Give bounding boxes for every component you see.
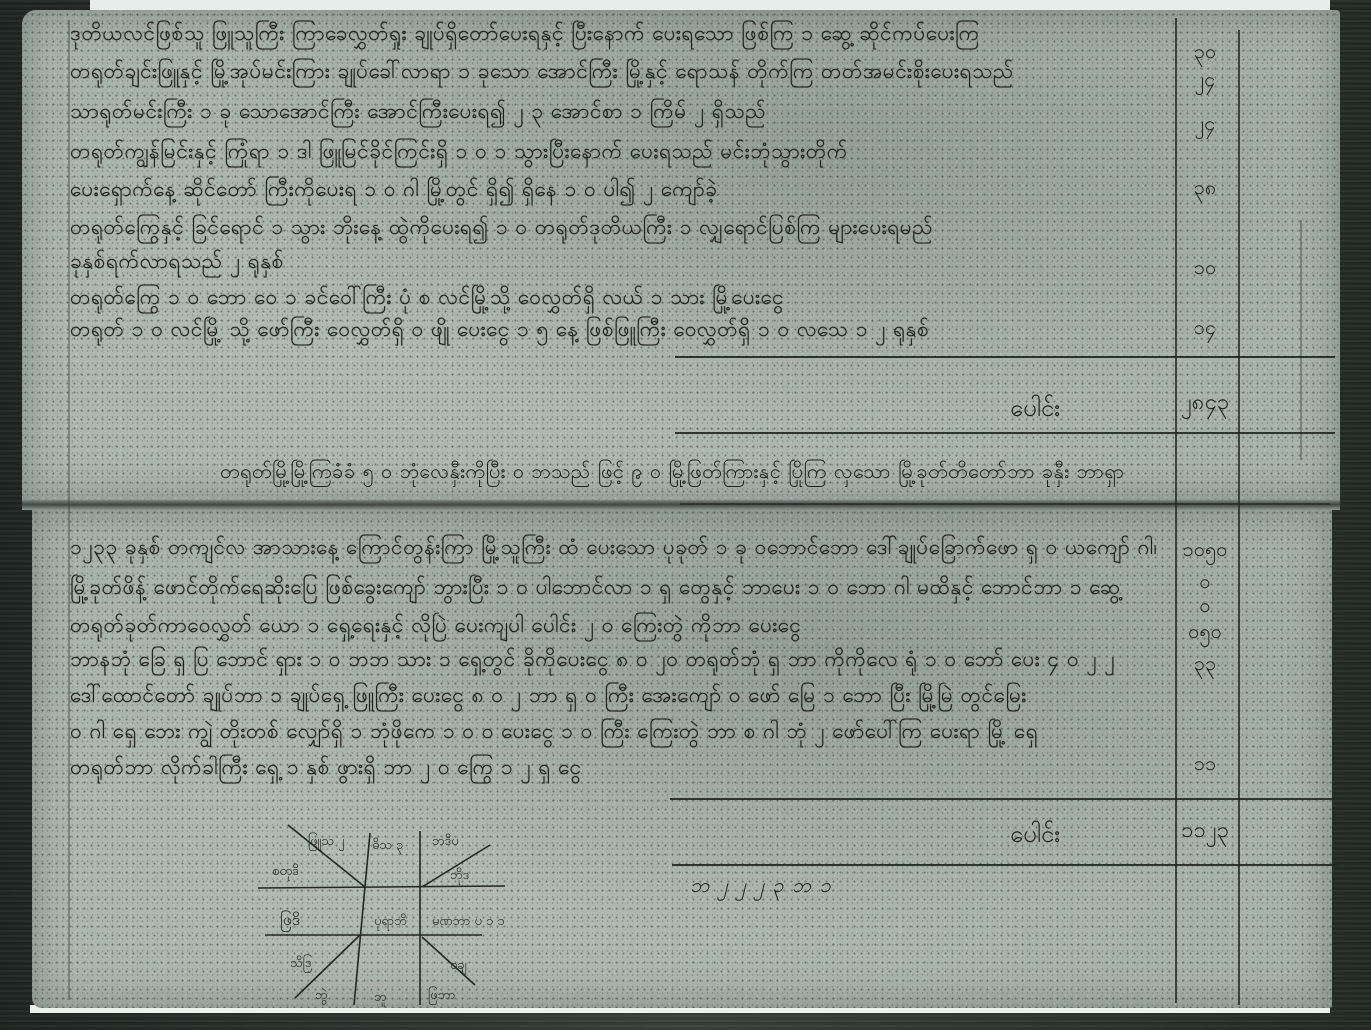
grid-cell-bottom-center: ဘူ (374, 989, 387, 1008)
lower-total-bottom-rule (672, 864, 1337, 866)
heading-underline (680, 503, 1330, 505)
upper-total-label: ပေါင်း (1010, 392, 1060, 428)
upper-line-5: ပေးရှောက်နေ့ ဆိုင်တော် ကြီးကိုပေးရ ၁ ဝ ဂ… (70, 174, 718, 204)
signature: ဘ ၂ ၂ ၂ ၃ ဘ ၁ (690, 872, 832, 902)
lower-total-value: ၁၁၂၃ (1180, 820, 1230, 842)
upper-total-top-rule (675, 356, 1335, 358)
upper-margin-number-3: ၂၄ (1180, 112, 1230, 134)
lower-margin-number-4: ၀၅၀ (1180, 620, 1230, 642)
upper-margin-number-6: ၁၄ (1180, 316, 1230, 338)
right-margin-faint-rule (1300, 220, 1302, 460)
upper-margin-number-1: ၃၀ (1180, 40, 1230, 62)
upper-line-7: ခုနှစ်ရက်လာရသည် ၂ ရုနှစ် (70, 246, 284, 276)
lower-line-6: ဝ ဂါ ရှေ ဘေး ကျွဲ တိုးတစ် လျှော်ရှိ ၁ ဘု… (70, 716, 1038, 746)
grid-cell-top-left-lower: စတုဒိ (272, 863, 299, 882)
grid-cell-top-center: ဓိသ ၃ (372, 837, 403, 856)
grid-cell-bottom-right-lower: ဖြဘာ (428, 987, 455, 1006)
lower-margin-number-2: ၀ (1180, 570, 1230, 592)
grid-cell-middle-right: မဏဘာ ပ ၁ ၁ (432, 913, 505, 932)
upper-line-8: တရုတ်ကြွေ ၁ ဝ ဘော ဝေ ၁ ခင်ဝေါ်ကြီး ပုံ စ… (70, 282, 784, 312)
upper-line-4: တရုတ်ကျွန်မြင်းနှင့် ကြုံရာ ၁ ဒါ ဖြူမြင်… (70, 136, 848, 166)
upper-margin-number-5: ၁၀ (1180, 256, 1230, 278)
upper-line-6: တရုတ်ကြွေနှင့် ခြင်ရောင် ၁ သွား ဘိုးနေ့ … (70, 212, 933, 242)
lower-line-4: ဘာနဘုံ ခြေ ရှ ပြ ဘောင် ရှား ၁ ဝ ဘဘ သား ၁… (70, 644, 1115, 674)
direction-grid-diagram: ဖြူသ ၂ စတုဒိ ဓိသ ၃ ဘဒိပ ဘိုဒ ဖြဒိ ပုရာဘိ… (250, 815, 530, 1015)
fold-crease (22, 500, 1340, 510)
lower-line-7: တရုတ်ဘာ လိုက်ခါကြီး ရှေ့ ၁ နှစ် ဖွားရှိ … (70, 752, 582, 782)
upper-margin-number-2: ၂၄ (1180, 68, 1230, 90)
number-column-right-rule (1238, 30, 1240, 1005)
upper-line-3: သာရုတ်မင်းကြီး ၁ ခု သောအောင်ကြီး အောင်ကြ… (70, 96, 766, 126)
grid-cell-center: ပုရာဘိ (374, 913, 407, 932)
lower-margin-number-3: ၀ (1180, 594, 1230, 616)
lower-line-3: တရုတ်ခုတ်ကာဝေလွှတ် ယော ၁ ရှေ့ရေးနှင့် လိ… (70, 610, 801, 640)
grid-cell-top-right-upper: ဘဒိပ (432, 833, 459, 852)
lower-total-top-rule (670, 798, 1335, 800)
grid-cell-middle-left: ဖြဒိ (280, 909, 300, 933)
grid-cell-bottom-left-upper: သိဒြ (290, 955, 312, 974)
lower-margin-number-5: ၃၃ (1180, 652, 1230, 674)
lower-total-label: ပေါင်း (1010, 818, 1060, 854)
upper-total-value: ၂၈၄၃ (1180, 392, 1230, 414)
upper-line-1: ဒုတိယလင်ဖြစ်သူ ဖြူသူကြီး ကြာခေလွှတ်ရှုး … (70, 18, 980, 48)
number-column-left-rule (1175, 18, 1177, 1003)
left-margin-rule (68, 20, 70, 1000)
grid-cell-bottom-left-lower: ဘွဲ (315, 987, 328, 1006)
lower-margin-number-1: ၁၀၅၀ (1180, 538, 1230, 560)
lower-line-5: ဒေါ်ထောင်တော် ချုပ်ဘာ ၁ ချုပ်ရှေ့ ဖြူကြီ… (70, 680, 1027, 710)
section-heading: တရုတ်မြို့မြို့ကြခံခံ ၅ ဝ ဘုံလေနှီးကိုပြ… (220, 458, 1125, 488)
upper-line-9: တရုတ် ၁ ဝ လင်မြို့ သို့ ဖော်ကြီး ဝေလွှတ်… (70, 314, 929, 344)
lower-line-2: မြို့ခုတ်ဖိန့် ဖောင်တိုက်ရေဆိုးပြေ ဖြစ်ခ… (70, 572, 1121, 602)
grid-cell-top-right-lower: ဘိုဒ (450, 867, 469, 886)
upper-total-bottom-rule (675, 432, 1335, 434)
grid-cell-bottom-right-upper: ဝချ (450, 957, 467, 976)
lower-margin-number-6: ၁၁ (1180, 752, 1230, 774)
upper-line-2: တရုတ်ချင်းဖြူနှင့် မြို့အုပ်မင်းကြား ချု… (70, 56, 1014, 86)
lower-line-1: ၁၂၃၃ ခုနှစ် တကျင်လ အာသားနေ့ ကြောင်တွန်းက… (70, 532, 1157, 562)
grid-cell-top-left-upper: ဖြူသ ၂ (308, 833, 344, 852)
upper-margin-number-4: ၃၈ (1180, 176, 1230, 198)
top-paper-edge (90, 0, 1330, 10)
